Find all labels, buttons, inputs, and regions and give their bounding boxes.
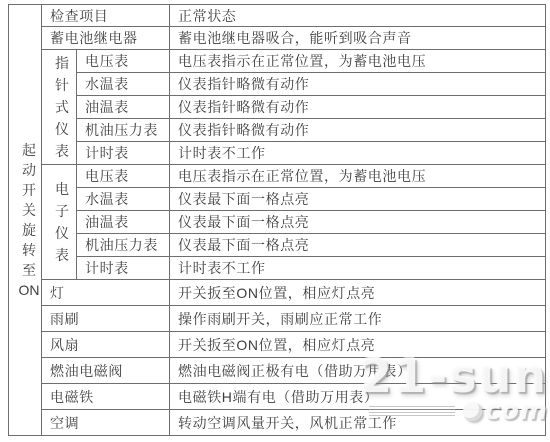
item-cell: 燃油电磁阀 — [42, 358, 170, 384]
state-cell: 计时表不工作 — [170, 142, 546, 165]
table-row: 蓄电池继电器 蓄电池继电器吸合，能听到吸合声音 — [9, 27, 546, 50]
item-cell: 水温表 — [77, 73, 170, 96]
state-cell: 仪表指针略微有动作 — [170, 73, 546, 96]
item-cell: 计时表 — [77, 142, 170, 165]
item-cell: 机油压力表 — [77, 234, 170, 257]
item-cell: 油温表 — [77, 211, 170, 234]
item-cell: 灯 — [42, 280, 170, 306]
state-cell: 操作雨刷开关，雨刷应正常工作 — [170, 306, 546, 332]
state-cell: 仪表最下面一格点亮 — [170, 188, 546, 211]
pointer-group-label: 指针式仪表 — [50, 52, 74, 162]
table-row: 电子仪表 电压表 电压表指示在正常位置，为蓄电池电压 — [9, 165, 546, 188]
item-cell: 机油压力表 — [77, 119, 170, 142]
table-row: 水温表 仪表指针略微有动作 — [9, 73, 546, 96]
table-row: 计时表 计时表不工作 — [9, 142, 546, 165]
state-cell: 仪表指针略微有动作 — [170, 119, 546, 142]
state-cell: 计时表不工作 — [170, 257, 546, 280]
state-cell: 燃油电磁阀正极有电（借助万用表） — [170, 358, 546, 384]
state-cell: 开关扳至ON位置，相应灯点亮 — [170, 332, 546, 358]
state-cell: 转动空调风量开关，风机正常工作 — [170, 410, 546, 436]
table-row: 起动开关旋转至ON 检查项目 正常状态 — [9, 5, 546, 27]
electronic-group-label: 电子仪表 — [50, 178, 74, 266]
switch-position-cell: 起动开关旋转至ON — [9, 5, 42, 436]
item-cell: 空调 — [42, 410, 170, 436]
table-row: 水温表 仪表最下面一格点亮 — [9, 188, 546, 211]
item-cell: 雨刷 — [42, 306, 170, 332]
pointer-group-cell: 指针式仪表 — [42, 50, 77, 165]
table-row: 空调 转动空调风量开关，风机正常工作 — [9, 410, 546, 436]
state-cell: 开关扳至ON位置，相应灯点亮 — [170, 280, 546, 306]
item-cell: 计时表 — [77, 257, 170, 280]
table-row: 机油压力表 仪表指针略微有动作 — [9, 119, 546, 142]
header-state-cell: 正常状态 — [170, 5, 546, 27]
electronic-group-cell: 电子仪表 — [42, 165, 77, 280]
table-row: 机油压力表 仪表最下面一格点亮 — [9, 234, 546, 257]
item-cell: 水温表 — [77, 188, 170, 211]
state-cell: 仪表指针略微有动作 — [170, 96, 546, 119]
page: 起动开关旋转至ON 检查项目 正常状态 蓄电池继电器 蓄电池继电器吸合，能听到吸… — [0, 0, 550, 442]
state-cell: 仪表最下面一格点亮 — [170, 211, 546, 234]
item-cell: 油温表 — [77, 96, 170, 119]
table-row: 灯 开关扳至ON位置，相应灯点亮 — [9, 280, 546, 306]
header-item-cell: 检查项目 — [42, 5, 170, 27]
state-cell: 电压表指示在正常位置，为蓄电池电压 — [170, 50, 546, 73]
state-cell: 电压表指示在正常位置，为蓄电池电压 — [170, 165, 546, 188]
state-cell: 蓄电池继电器吸合，能听到吸合声音 — [170, 27, 546, 50]
table-row: 指针式仪表 电压表 电压表指示在正常位置，为蓄电池电压 — [9, 50, 546, 73]
inspection-table: 起动开关旋转至ON 检查项目 正常状态 蓄电池继电器 蓄电池继电器吸合，能听到吸… — [8, 4, 546, 436]
item-cell: 电磁铁 — [42, 384, 170, 410]
table-row: 计时表 计时表不工作 — [9, 257, 546, 280]
table-row: 雨刷 操作雨刷开关，雨刷应正常工作 — [9, 306, 546, 332]
table-row: 风扇 开关扳至ON位置，相应灯点亮 — [9, 332, 546, 358]
item-cell: 蓄电池继电器 — [42, 27, 170, 50]
table-row: 燃油电磁阀 燃油电磁阀正极有电（借助万用表） — [9, 358, 546, 384]
item-cell: 电压表 — [77, 165, 170, 188]
item-cell: 电压表 — [77, 50, 170, 73]
item-cell: 风扇 — [42, 332, 170, 358]
table-row: 油温表 仪表指针略微有动作 — [9, 96, 546, 119]
state-cell: 电磁铁H端有电（借助万用表） — [170, 384, 546, 410]
table-row: 油温表 仪表最下面一格点亮 — [9, 211, 546, 234]
table-row: 电磁铁 电磁铁H端有电（借助万用表） — [9, 384, 546, 410]
state-cell: 仪表最下面一格点亮 — [170, 234, 546, 257]
switch-position-label: 起动开关旋转至ON — [17, 140, 41, 300]
